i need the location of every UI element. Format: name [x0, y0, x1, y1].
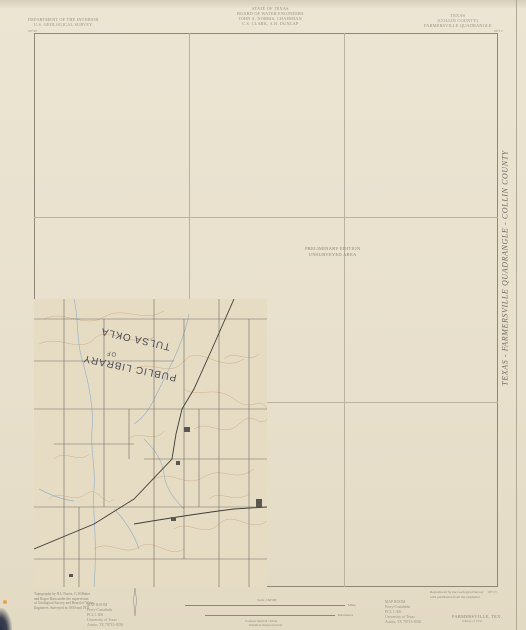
- datum-note: Datum is mean sea level: [249, 623, 282, 627]
- quadrangle-edition: Edition of 1932: [462, 619, 482, 623]
- repro-line: with permission from the originator: [430, 595, 483, 600]
- scale-bar: Scale 1:62500 Miles Kilometers Contour i…: [185, 598, 365, 628]
- survey-credit: Topography by R.L.Norris, G.W.Baker and …: [34, 592, 94, 610]
- scale-title: Scale 1:62500: [257, 598, 276, 602]
- repro-line: Reproduced by the Geological Survey: [430, 590, 483, 595]
- scan-artifact-dot: [3, 600, 7, 604]
- reproduction-note: Reproduced by the Geological Survey with…: [430, 590, 483, 599]
- header-center: STATE OF TEXAS BOARD OF WATER ENGINEERS …: [237, 6, 304, 26]
- header-quadrangle: FARMERSVILLE QUADRANGLE: [424, 23, 492, 28]
- miles-bar: [185, 605, 345, 606]
- header-members: C.S. CLARK, A.H. DUNLAP: [237, 21, 304, 26]
- header-right: TEXAS (COLLIN COUNTY) FARMERSVILLE QUADR…: [424, 13, 492, 28]
- scan-corner-shadow: [0, 608, 12, 630]
- unsurveyed-line2: UNSURVEYED AREA: [305, 252, 360, 258]
- towns: [69, 427, 262, 577]
- unsurveyed-label: PRELIMINARY EDITION UNSURVEYED AREA: [305, 246, 360, 258]
- map-room-stamp-left: MAP ROOM Perry-Castañeda PCL 1.306 Unive…: [87, 603, 123, 628]
- header-survey: U.S. GEOLOGICAL SURVEY: [28, 22, 98, 27]
- map-room-stamp-right: MAP ROOM Perry-Castañeda PCL 1.306 Unive…: [385, 600, 421, 625]
- side-handwritten-label: TEXAS - FARMERSVILLE QUADRANGLE - COLLIN…: [501, 150, 510, 386]
- stamp-line: Austin, TX 78713-8330: [87, 623, 123, 628]
- grid-line-v2: [344, 33, 345, 587]
- stamp-line: Austin, TX 78713-8330: [385, 620, 421, 625]
- km-bar: [205, 615, 335, 616]
- declination-arrow-icon: [133, 588, 137, 616]
- survey-credit-line: Topography by R.L.Norris, G.W.Baker: [34, 592, 94, 597]
- sheet-edge-line: [516, 0, 517, 630]
- survey-credit-line: Engineers. Surveyed in 1930 and 1931: [34, 606, 94, 611]
- grid-line-h1: [34, 217, 498, 218]
- header-left: DEPARTMENT OF THE INTERIOR U.S. GEOLOGIC…: [28, 17, 98, 27]
- km-label: Kilometers: [338, 613, 353, 617]
- corner-tick-bottom-right: 96°15': [488, 590, 497, 594]
- miles-label: Miles: [348, 603, 356, 607]
